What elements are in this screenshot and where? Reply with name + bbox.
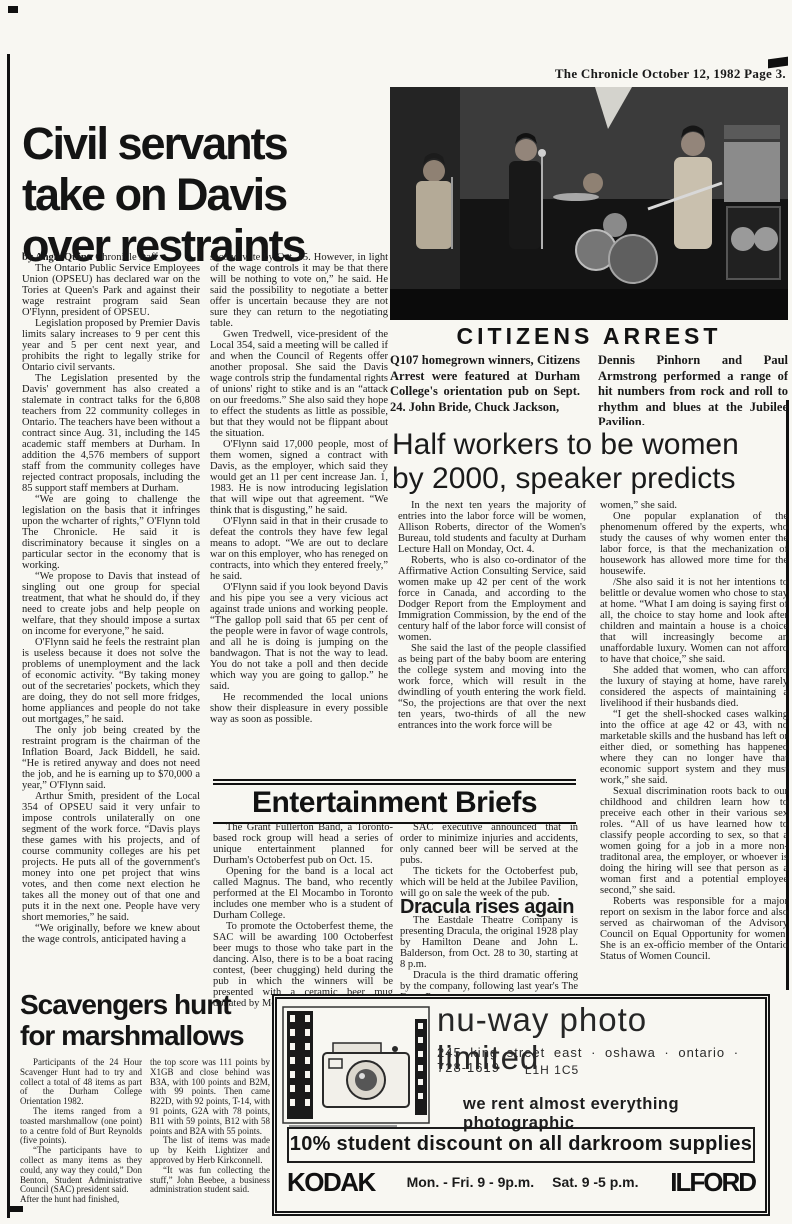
newspaper-page: The Chronicle October 12, 1982 Page 3. C… [0,0,792,1224]
dracula-headline: Dracula rises again [400,902,578,913]
photo-caption-left: Q107 homegrown winners, Citizens Arrest … [390,353,580,425]
kodak-logo: KODAK [287,1167,375,1198]
camera-icon [281,1005,433,1131]
paragraph: The items ranged from a toasted marshmal… [20,1107,142,1146]
band-photo [390,87,788,320]
byline-author: by Angie Quinn [22,252,93,263]
byline-staff: Chronicle staff [93,252,158,263]
women-article-headline: Half workers to be womenby 2000, speaker… [392,428,790,496]
paragraph: O'Flynn said he feels the restraint plan… [22,637,200,725]
scan-artifact-top-left [8,6,18,13]
paragraph: Opening for the band is a local act call… [213,866,393,921]
nu-way-photo-ad: nu-way photo limited 245 king street eas… [272,994,770,1216]
paragraph: Arthur Smith, president of the Local 354… [22,791,200,923]
paragraph: “The participants have to collect as man… [20,1146,142,1195]
headline-line: for marshmallows [20,1020,244,1051]
entertainment-column-2: SAC executive announced that in order to… [400,822,578,1004]
paragraph: She said the last of the people classifi… [398,643,586,731]
paragraph: The tickets for the Octoberfest pub, whi… [400,866,578,899]
paragraph: In the next ten years the majority of en… [398,500,586,555]
paragraph: She added that women, who can afford the… [600,665,788,709]
entertainment-briefs-banner: Entertainment Briefs [213,779,576,824]
paragraph: The Legislation presented by the Davis' … [22,373,200,494]
paragraph: second vote by Oct. 15. However, in ligh… [210,252,388,329]
headline-line: by 2000, speaker predicts [392,462,736,495]
paragraph: The list of items was made up by Keith L… [150,1136,270,1165]
paragraph: “We are going to challenge the legislati… [22,494,200,571]
paragraph: The Grant Fullerton Band, a Toronto-base… [213,822,393,866]
paragraph: the top score was 111 points by X1GB and… [150,1058,270,1136]
paragraph: /She also said it is not her intentions … [600,577,788,665]
paragraph: “We originally, before we knew about the… [22,923,200,945]
women-article-column-1: In the next ten years the majority of en… [398,500,586,752]
byline: by Angie Quinn Chronicle staff [22,252,200,263]
masthead: The Chronicle October 12, 1982 Page 3. [400,66,786,82]
paragraph: O'Flynn said if you look beyond Davis an… [210,582,388,692]
paragraph: SAC executive announced that in order to… [400,822,578,866]
paragraph: The only job being created by the restra… [22,725,200,791]
paragraph: O'Flynn said in that in their crusade to… [210,516,388,582]
civil-article-column-2: second vote by Oct. 15. However, in ligh… [210,252,388,778]
paragraph: One popular explanation of the phenomenu… [600,511,788,577]
photo-caption-right: Dennis Pinhorn and Paul Armstrong perfor… [598,353,788,425]
entertainment-column-1: The Grant Fullerton Band, a Toronto-base… [213,822,393,1012]
ad-hours-saturday: Sat. 9 -5 p.m. [552,1174,638,1190]
ad-hours-weekday: Mon. - Fri. 9 - 9p.m. [407,1174,535,1190]
entertainment-column-2-bottom: The Eastdale Theatre Company is presenti… [400,915,578,1003]
paragraph: “It was fun collecting the stuff,” John … [150,1166,270,1195]
scan-artifact-left-edge [7,54,10,1218]
ad-discount-banner: 10% student discount on all darkroom sup… [287,1127,755,1163]
headline-line: Civil servants [22,118,287,169]
headline-line: Half workers to be women [392,428,739,461]
paragraph: Gwen Tredwell, vice-president of the Loc… [210,329,388,439]
paragraph: After the hunt had finished, [20,1195,142,1205]
ad-bottom-row: KODAK Mon. - Fri. 9 - 9p.m.Sat. 9 -5 p.m… [287,1167,755,1197]
women-article-column-2: women,” she said.One popular explanation… [600,500,788,980]
scavengers-column-1: Participants of the 24 Hour Scavenger Hu… [20,1058,142,1214]
paragraph: The Eastdale Theatre Company is presenti… [400,915,578,970]
band-photo-illustration [390,87,788,320]
civil-column-1-text: The Ontario Public Service Employees Uni… [22,263,200,945]
paragraph: Legislation proposed by Premier Davis li… [22,318,200,373]
paragraph: Sexual discrimination roots back to our … [600,786,788,896]
entertainment-column-2-top: SAC executive announced that in order to… [400,822,578,899]
paragraph: Roberts, who is also co-ordinator of the… [398,555,586,643]
scavengers-column-2: the top score was 111 points by X1GB and… [150,1058,270,1214]
civil-article-column-1: by Angie Quinn Chronicle staff The Ontar… [22,252,200,980]
ad-postal-code: L1H 1C5 [437,1063,667,1077]
photo-caption-title: CITIZENS ARREST [390,323,788,350]
ad-hours: Mon. - Fri. 9 - 9p.m.Sat. 9 -5 p.m. [398,1174,648,1190]
paragraph: “We propose to Davis that instead of sin… [22,571,200,637]
paragraph: “I get the shell-shocked cases walking i… [600,709,788,786]
paragraph: Participants of the 24 Hour Scavenger Hu… [20,1058,142,1107]
paragraph: He recommended the local unions show the… [210,692,388,725]
paragraph: O'Flynn said 17,000 people, most of them… [210,439,388,516]
paragraph: Roberts was responsible for a major repo… [600,896,788,962]
scavengers-headline: Scavengers huntfor marshmallows [20,989,290,1051]
camera-illustration [281,1005,433,1131]
headline-line: take on Davis [22,169,286,220]
entertainment-briefs-title: Entertainment Briefs [252,786,537,819]
headline-line: Scavengers hunt [20,989,231,1020]
ilford-logo: ILFORD [670,1167,755,1198]
paragraph: The Ontario Public Service Employees Uni… [22,263,200,318]
paragraph: women,” she said. [600,500,788,511]
civil-article-headline: Civil servantstake on Davisover restrain… [22,118,394,271]
